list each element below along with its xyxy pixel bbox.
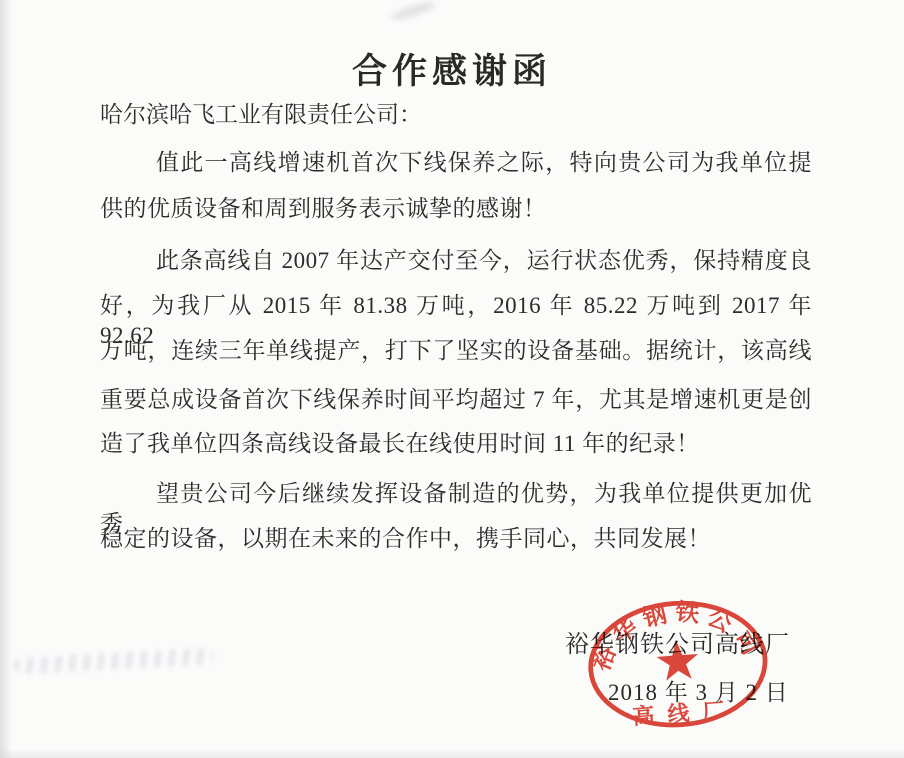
body-line: 重要总成设备首次下线保养时间平均超过 7 年，尤其是增速机更是创 (100, 385, 812, 415)
scan-smudge-artifact-top (390, 0, 437, 23)
body-line: 值此一高线增速机首次下线保养之际，特向贵公司为我单位提 (100, 148, 812, 178)
body-line: 稳定的设备，以期在未来的合作中，携手同心，共同发展！ (100, 524, 812, 554)
scan-edge-shadow-bottom (0, 748, 904, 758)
scanned-letter-page: 合作感谢函 哈尔滨哈飞工业有限责任公司： 值此一高线增速机首次下线保养之际，特向… (0, 0, 904, 758)
body-line: 造了我单位四条高线设备最长在线使用时间 11 年的纪录！ (100, 429, 812, 459)
body-line: 万吨，连续三年单线提产，打下了坚实的设备基础。据统计，该高线 (100, 336, 812, 366)
body-line: 供的优质设备和周到服务表示诚挚的感谢！ (100, 194, 812, 224)
scan-edge-shadow-left (0, 0, 12, 758)
body-line: 此条高线自 2007 年达产交付至今，运行状态优秀，保持精度良 (100, 246, 812, 276)
scan-smudge-artifact-bottom-left (14, 648, 215, 674)
seal-bottom-text: 高线厂 (632, 697, 739, 729)
seal-star-icon (655, 639, 699, 681)
letter-title: 合作感谢函 (0, 44, 904, 94)
letter-salutation: 哈尔滨哈飞工业有限责任公司： (100, 100, 812, 130)
company-seal-stamp: 裕华钢铁公司 高线厂 (576, 585, 780, 746)
